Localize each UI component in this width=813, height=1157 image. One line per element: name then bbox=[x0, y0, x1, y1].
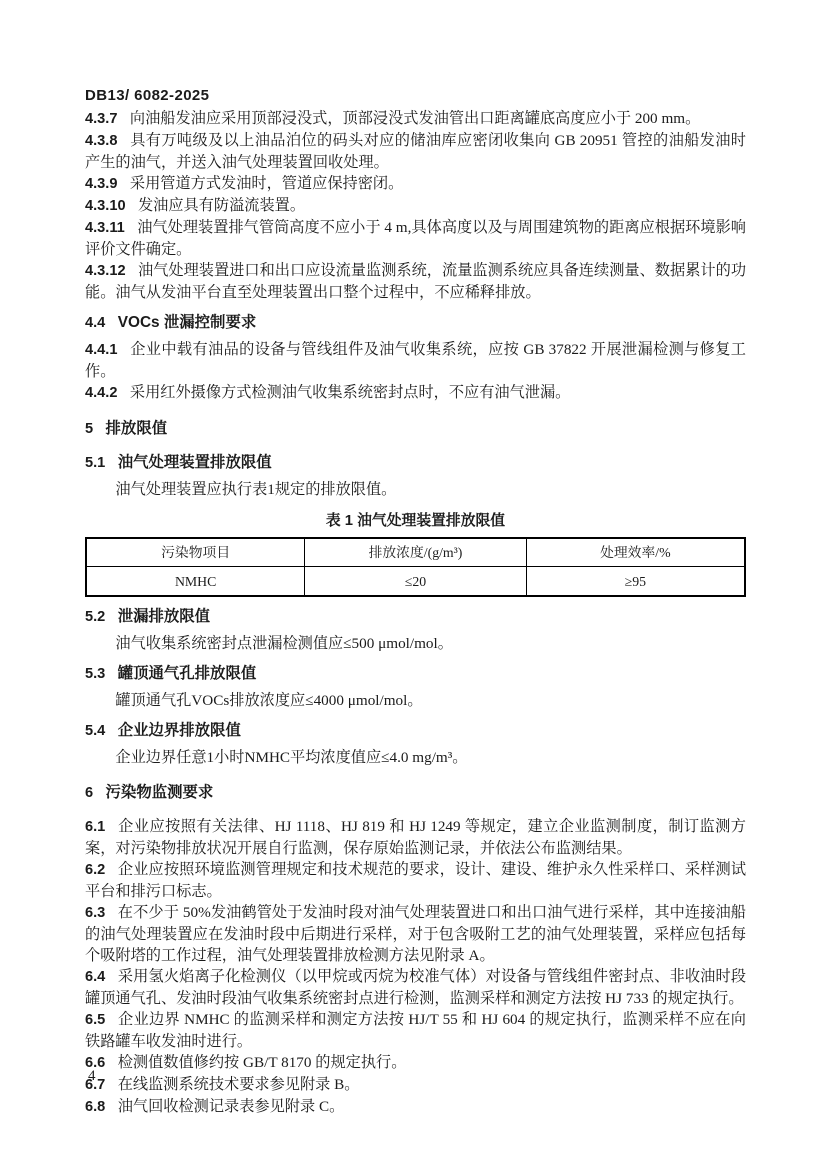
heading-text: 企业边界排放限值 bbox=[118, 722, 241, 739]
body-paragraph: 油气处理装置应执行表1规定的排放限值。 bbox=[85, 479, 746, 500]
clause-6-6: 6.6检测值数值修约按 GB/T 8170 的规定执行。 bbox=[85, 1052, 746, 1074]
clause-number: 4.3.10 bbox=[85, 198, 126, 214]
clause-number: 6.8 bbox=[85, 1099, 105, 1115]
clause-text: 发油应具有防溢流装置。 bbox=[138, 197, 305, 214]
clause-number: 5.3 bbox=[85, 666, 105, 682]
section-heading-5: 5排放限值 bbox=[85, 418, 746, 440]
clause-text: 油气处理装置进口和出口应设流量监测系统，流量监测系统应具备连续测量、数据累计的功… bbox=[85, 262, 746, 301]
clause-number: 5 bbox=[85, 421, 93, 437]
clause-6-2: 6.2企业应按照环境监测管理规定和技术规范的要求，设计、建设、维护永久性采样口、… bbox=[85, 859, 746, 902]
heading-text: 油气处理装置排放限值 bbox=[118, 454, 272, 471]
clause-6-8: 6.8油气回收检测记录表参见附录 C。 bbox=[85, 1096, 746, 1118]
section-heading-6: 6污染物监测要求 bbox=[85, 782, 746, 804]
clause-text: 在不少于 50%发油鹤管处于发油时段对油气处理装置进口和出口油气进行采样，其中连… bbox=[85, 904, 746, 964]
clause-number: 4.3.12 bbox=[85, 263, 126, 279]
clause-text: 油气回收检测记录表参见附录 C。 bbox=[118, 1098, 345, 1115]
clause-4-3-12: 4.3.12油气处理装置进口和出口应设流量监测系统，流量监测系统应具备连续测量、… bbox=[85, 260, 746, 303]
clause-text: 具有万吨级及以上油品泊位的码头对应的储油库应密闭收集向 GB 20951 管控的… bbox=[85, 132, 746, 171]
section-heading-5-4: 5.4企业边界排放限值 bbox=[85, 720, 746, 742]
clause-number: 6.4 bbox=[85, 969, 105, 985]
table-header-cell: 排放浓度/(g/m³) bbox=[305, 538, 526, 567]
clause-number: 4.4.1 bbox=[85, 342, 117, 358]
heading-text: 泄漏排放限值 bbox=[118, 608, 210, 625]
section-heading-5-3: 5.3罐顶通气孔排放限值 bbox=[85, 663, 746, 685]
clause-text: 向油船发油应采用顶部浸没式，顶部浸没式发油管出口距离罐底高度应小于 200 mm… bbox=[130, 110, 700, 127]
table-row: NMHC≤20≥95 bbox=[86, 567, 745, 597]
clause-number: 5.1 bbox=[85, 455, 105, 471]
clause-text: 采用氢火焰离子化检测仪（以甲烷或丙烷为校准气体）对设备与管线组件密封点、非收油时… bbox=[85, 968, 746, 1007]
clause-6-3: 6.3在不少于 50%发油鹤管处于发油时段对油气处理装置进口和出口油气进行采样，… bbox=[85, 902, 746, 966]
clause-4-3-9: 4.3.9采用管道方式发油时，管道应保持密闭。 bbox=[85, 173, 746, 195]
table-cell: NMHC bbox=[86, 567, 305, 597]
clause-text: 油气处理装置排气管筒高度不应小于 4 m,具体高度以及与周围建筑物的距离应根据环… bbox=[85, 219, 746, 258]
table-caption: 表 1 油气处理装置排放限值 bbox=[85, 511, 746, 532]
clause-number: 5.2 bbox=[85, 609, 105, 625]
table-header-row: 污染物项目排放浓度/(g/m³)处理效率/% bbox=[86, 538, 745, 567]
clause-text: 企业边界 NMHC 的监测采样和测定方法按 HJ/T 55 和 HJ 604 的… bbox=[85, 1011, 746, 1050]
document-page: DB13/ 6082-2025 4.3.7向油船发油应采用顶部浸没式，顶部浸没式… bbox=[0, 0, 813, 1157]
body-paragraph: 企业边界任意1小时NMHC平均浓度值应≤4.0 mg/m³。 bbox=[85, 747, 746, 768]
clause-4-3-7: 4.3.7向油船发油应采用顶部浸没式，顶部浸没式发油管出口距离罐底高度应小于 2… bbox=[85, 108, 746, 130]
clause-4-4-2: 4.4.2采用红外摄像方式检测油气收集系统密封点时，不应有油气泄漏。 bbox=[85, 382, 746, 404]
heading-text: VOCs 泄漏控制要求 bbox=[118, 314, 257, 331]
clause-number: 4.4.2 bbox=[85, 385, 117, 401]
table-cell: ≥95 bbox=[526, 567, 745, 597]
clause-text: 采用管道方式发油时，管道应保持密闭。 bbox=[130, 175, 403, 192]
body-paragraph: 油气收集系统密封点泄漏检测值应≤500 μmol/mol。 bbox=[85, 633, 746, 654]
clause-text: 采用红外摄像方式检测油气收集系统密封点时，不应有油气泄漏。 bbox=[130, 384, 570, 401]
section-heading-5-2: 5.2泄漏排放限值 bbox=[85, 606, 746, 628]
clause-6-1: 6.1企业应按照有关法律、HJ 1118、HJ 819 和 HJ 1249 等规… bbox=[85, 816, 746, 859]
clause-number: 4.3.8 bbox=[85, 133, 117, 149]
clause-text: 企业应按照环境监测管理规定和技术规范的要求，设计、建设、维护永久性采样口、采样测… bbox=[85, 861, 746, 900]
emission-limits-table: 污染物项目排放浓度/(g/m³)处理效率/%NMHC≤20≥95 bbox=[85, 537, 746, 597]
clause-6-4: 6.4采用氢火焰离子化检测仪（以甲烷或丙烷为校准气体）对设备与管线组件密封点、非… bbox=[85, 966, 746, 1009]
clause-4-4-1: 4.4.1企业中载有油品的设备与管线组件及油气收集系统，应按 GB 37822 … bbox=[85, 339, 746, 382]
document-body: 4.3.7向油船发油应采用顶部浸没式，顶部浸没式发油管出口距离罐底高度应小于 2… bbox=[85, 108, 746, 1118]
table-header-cell: 处理效率/% bbox=[526, 538, 745, 567]
clause-number: 6.5 bbox=[85, 1012, 105, 1028]
clause-4-3-8: 4.3.8具有万吨级及以上油品泊位的码头对应的储油库应密闭收集向 GB 2095… bbox=[85, 130, 746, 173]
clause-number: 6.3 bbox=[85, 905, 105, 921]
heading-text: 罐顶通气孔排放限值 bbox=[118, 665, 257, 682]
standard-number-header: DB13/ 6082-2025 bbox=[85, 86, 746, 105]
heading-text: 排放限值 bbox=[106, 420, 168, 437]
clause-number: 6.2 bbox=[85, 862, 105, 878]
clause-text: 企业中载有油品的设备与管线组件及油气收集系统，应按 GB 37822 开展泄漏检… bbox=[85, 341, 746, 380]
section-heading-5-1: 5.1油气处理装置排放限值 bbox=[85, 452, 746, 474]
clause-text: 检测值数值修约按 GB/T 8170 的规定执行。 bbox=[118, 1054, 407, 1071]
clause-number: 4.3.9 bbox=[85, 176, 117, 192]
clause-6-7: 6.7在线监测系统技术要求参见附录 B。 bbox=[85, 1074, 746, 1096]
clause-number: 6 bbox=[85, 785, 93, 801]
clause-number: 4.4 bbox=[85, 315, 105, 331]
clause-4-3-11: 4.3.11油气处理装置排气管筒高度不应小于 4 m,具体高度以及与周围建筑物的… bbox=[85, 217, 746, 260]
clause-text: 企业应按照有关法律、HJ 1118、HJ 819 和 HJ 1249 等规定，建… bbox=[85, 818, 746, 857]
clause-4-3-10: 4.3.10发油应具有防溢流装置。 bbox=[85, 195, 746, 217]
clause-number: 4.3.7 bbox=[85, 111, 117, 127]
page-number: 4 bbox=[88, 1066, 96, 1087]
heading-text: 污染物监测要求 bbox=[106, 784, 214, 801]
section-heading-4-4: 4.4VOCs 泄漏控制要求 bbox=[85, 312, 746, 334]
clause-6-5: 6.5企业边界 NMHC 的监测采样和测定方法按 HJ/T 55 和 HJ 60… bbox=[85, 1009, 746, 1052]
clause-number: 5.4 bbox=[85, 723, 105, 739]
table-cell: ≤20 bbox=[305, 567, 526, 597]
document-content: DB13/ 6082-2025 4.3.7向油船发油应采用顶部浸没式，顶部浸没式… bbox=[85, 86, 746, 1118]
clause-number: 6.1 bbox=[85, 819, 105, 835]
table-header-cell: 污染物项目 bbox=[86, 538, 305, 567]
body-paragraph: 罐顶通气孔VOCs排放浓度应≤4000 μmol/mol。 bbox=[85, 690, 746, 711]
clause-number: 4.3.11 bbox=[85, 220, 125, 236]
clause-text: 在线监测系统技术要求参见附录 B。 bbox=[118, 1076, 360, 1093]
